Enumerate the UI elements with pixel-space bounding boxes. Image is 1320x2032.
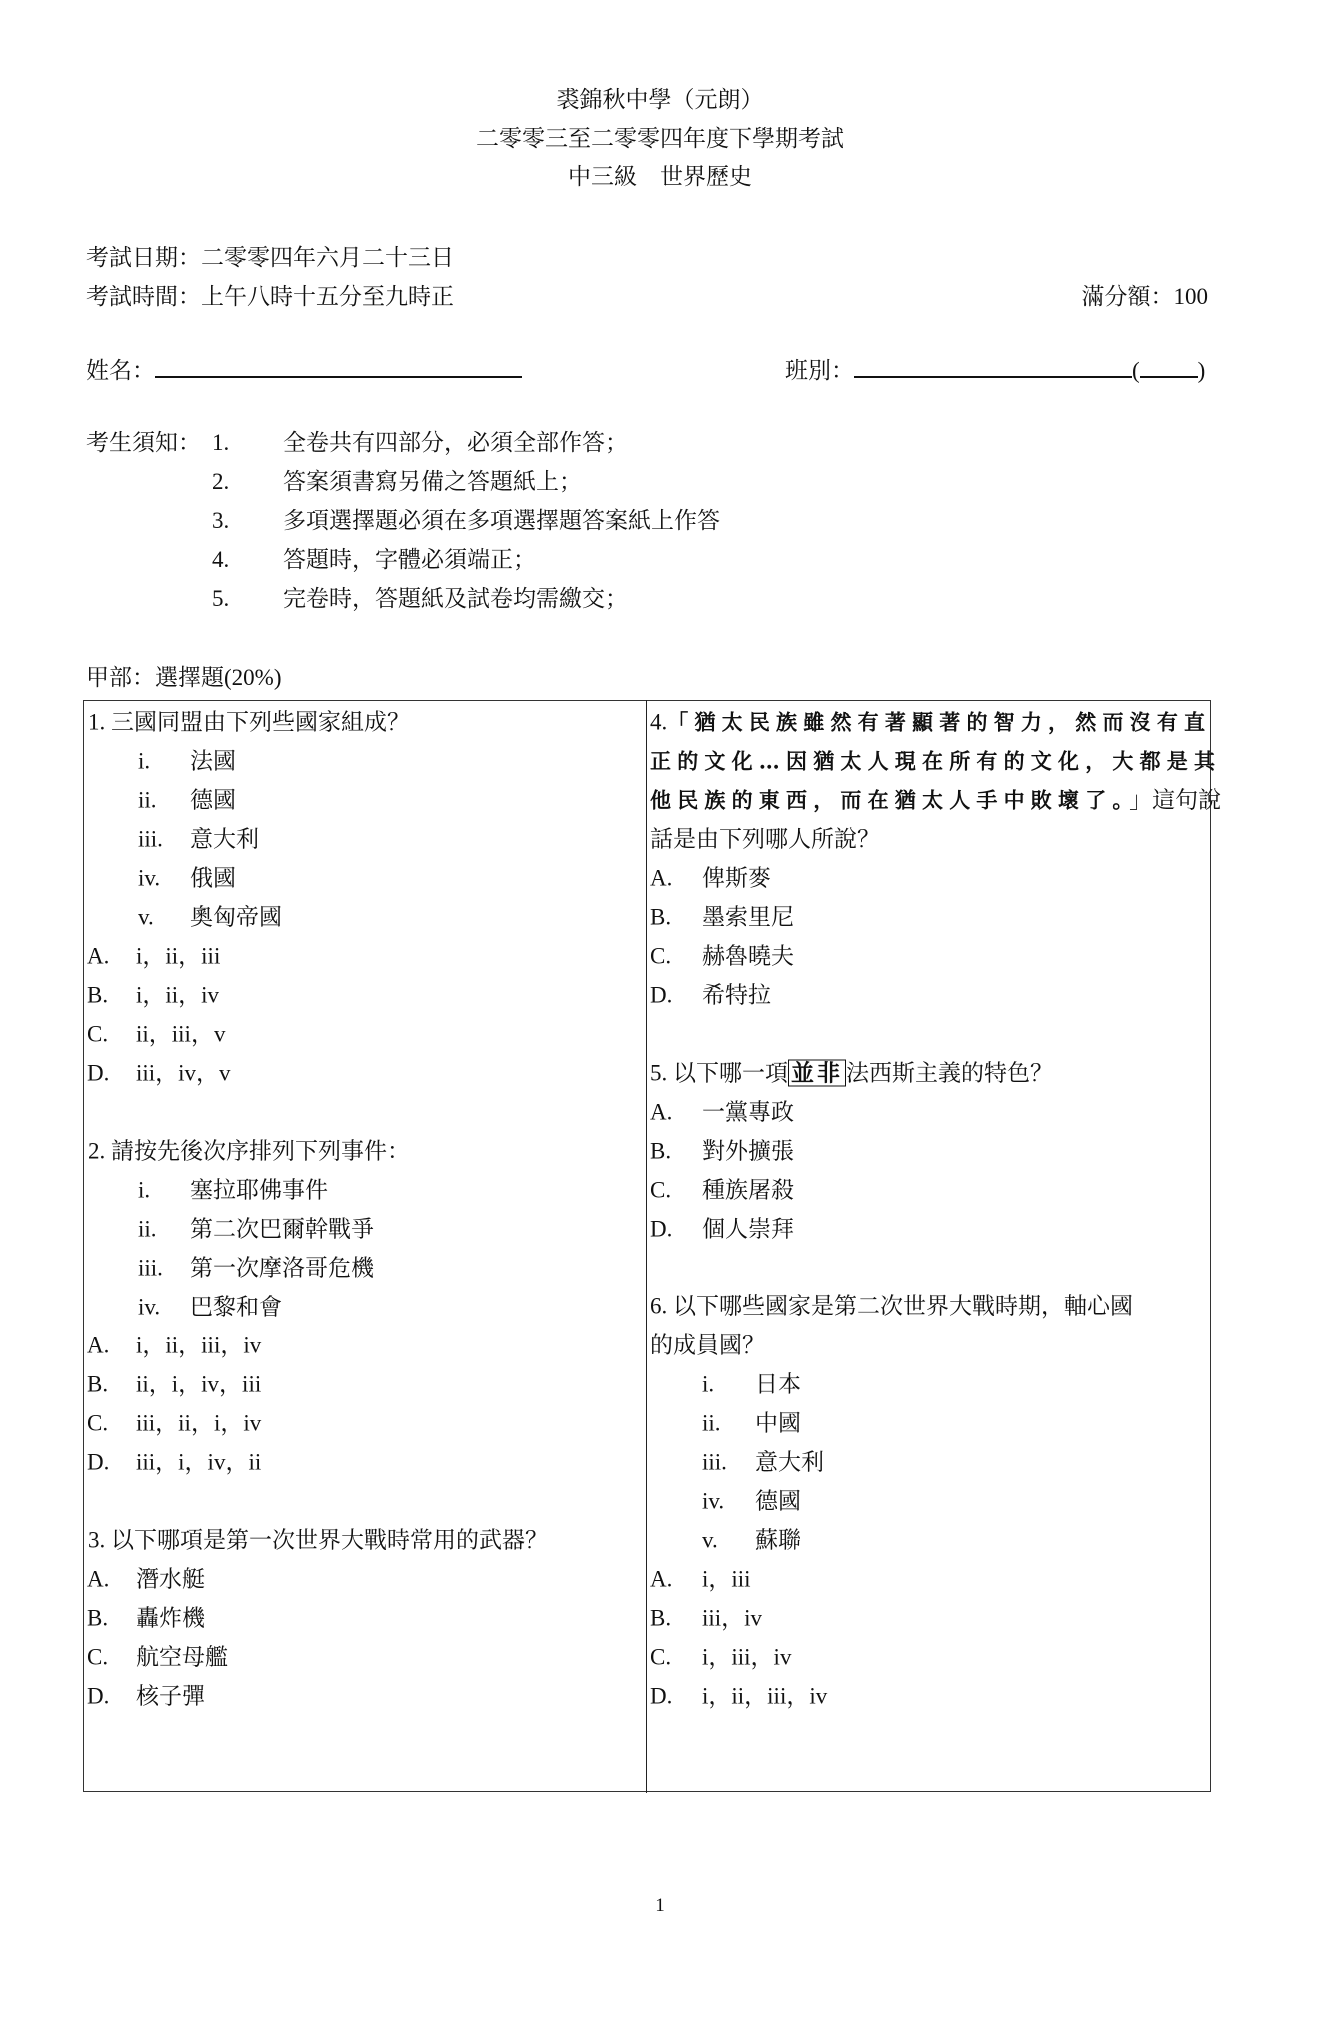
q3-option-c[interactable]: 航空母艦 xyxy=(136,1646,228,1669)
class-number-close: ) xyxy=(1198,358,1206,383)
q1-option-label: B. xyxy=(87,984,108,1007)
class-field[interactable] xyxy=(854,354,1132,378)
q6-item-text: 中國 xyxy=(755,1412,801,1435)
q4-option-label: D. xyxy=(650,984,672,1007)
exam-date-value: 二零零四年六月二十三日 xyxy=(201,245,454,270)
q1-item-text: 意大利 xyxy=(190,828,259,851)
instruction-num: 1. xyxy=(212,431,229,454)
q4-option-label: B. xyxy=(650,906,671,929)
instruction-text: 答案須書寫另備之答題紙上； xyxy=(283,470,582,493)
q6-option-label: D. xyxy=(650,1685,672,1708)
q1-option-label: C. xyxy=(87,1023,108,1046)
q6-option-label: C. xyxy=(650,1646,671,1669)
q5-stem-post: 法西斯主義的特色？ xyxy=(846,1061,1053,1086)
name-field[interactable] xyxy=(155,354,522,378)
instruction-num: 4. xyxy=(212,548,229,571)
name-field-row: 姓名： xyxy=(86,354,522,382)
q6-item-num: i. xyxy=(702,1373,714,1396)
q6-option-a[interactable]: i，iii xyxy=(702,1568,751,1591)
q1-item-num: v. xyxy=(138,906,154,929)
q4-option-label: A. xyxy=(650,867,672,890)
q3-option-d[interactable]: 核子彈 xyxy=(136,1685,205,1708)
full-marks: 滿分額：100 xyxy=(1082,285,1209,308)
q2-option-label: C. xyxy=(87,1412,108,1435)
q6-item-num: v. xyxy=(702,1529,718,1552)
q4-number: 4. xyxy=(650,710,667,735)
q2-option-label: B. xyxy=(87,1373,108,1396)
q5-option-a[interactable]: 一黨專政 xyxy=(702,1101,794,1124)
q2-item-num: ii. xyxy=(138,1218,157,1241)
q4-quote-line1: 「猶太民族雖然有著顯著的智力，然而沒有直 xyxy=(667,710,1211,735)
q6-item-num: iii. xyxy=(702,1451,727,1474)
full-marks-value: 100 xyxy=(1174,284,1209,309)
exam-time: 考試時間：上午八時十五分至九時正 xyxy=(86,285,454,308)
q2-stem: 2. 請按先後次序排列下列事件： xyxy=(88,1140,410,1163)
subject-title: 中三級 世界歷史 xyxy=(0,165,1320,188)
q2-item-text: 巴黎和會 xyxy=(190,1296,282,1319)
q1-stem: 1. 三國同盟由下列些國家組成？ xyxy=(88,711,410,734)
q1-item-num: i. xyxy=(138,750,150,773)
instruction-text: 答題時，字體必須端正； xyxy=(283,548,536,571)
q2-item-num: i. xyxy=(138,1179,150,1202)
q1-item-num: ii. xyxy=(138,789,157,812)
q2-option-d[interactable]: iii，i，iv，ii xyxy=(136,1451,261,1474)
exam-time-label: 考試時間： xyxy=(86,284,201,309)
q6-option-c[interactable]: i，iii，iv xyxy=(702,1646,791,1669)
q6-item-text: 意大利 xyxy=(755,1451,824,1474)
page-number: 1 xyxy=(0,1896,1320,1915)
q2-option-b[interactable]: ii，i，iv，iii xyxy=(136,1373,261,1396)
name-label: 姓名： xyxy=(86,358,155,383)
instructions-label: 考生須知： xyxy=(86,431,201,454)
q5-option-c[interactable]: 種族屠殺 xyxy=(702,1179,794,1202)
q1-option-label: A. xyxy=(87,945,109,968)
instruction-num: 5. xyxy=(212,587,229,610)
q1-option-d[interactable]: iii，iv，v xyxy=(136,1062,231,1085)
questions-table xyxy=(83,700,1211,1792)
q1-option-b[interactable]: i，ii，iv xyxy=(136,984,219,1007)
q5-option-label: B. xyxy=(650,1140,671,1163)
q4-line3-tail: 」這句說 xyxy=(1129,788,1221,813)
q2-item-text: 塞拉耶佛事件 xyxy=(190,1179,328,1202)
class-label: 班別： xyxy=(785,358,854,383)
q1-item-num: iv. xyxy=(138,867,160,890)
q4-option-b[interactable]: 墨索里尼 xyxy=(702,906,794,929)
exam-date-label: 考試日期： xyxy=(86,245,201,270)
class-number-open: ( xyxy=(1132,358,1140,383)
q3-option-a[interactable]: 潛水艇 xyxy=(136,1568,205,1591)
q4-option-a[interactable]: 俾斯麥 xyxy=(702,867,771,890)
q1-item-text: 俄國 xyxy=(190,867,236,890)
q6-option-label: B. xyxy=(650,1607,671,1630)
q4-quote-line2: 正的文化…因猶太人現在所有的文化，大都是其 xyxy=(650,751,1221,772)
q2-item-text: 第一次摩洛哥危機 xyxy=(190,1257,374,1280)
q1-item-text: 德國 xyxy=(190,789,236,812)
q6-item-text: 日本 xyxy=(755,1373,801,1396)
q6-item-num: ii. xyxy=(702,1412,721,1435)
q6-option-b[interactable]: iii，iv xyxy=(702,1607,762,1630)
q5-option-b[interactable]: 對外擴張 xyxy=(702,1140,794,1163)
q1-option-label: D. xyxy=(87,1062,109,1085)
q6-item-text: 蘇聯 xyxy=(755,1529,801,1552)
q1-item-text: 法國 xyxy=(190,750,236,773)
q2-option-a[interactable]: i，ii，iii，iv xyxy=(136,1334,261,1357)
q2-option-c[interactable]: iii，ii，i，iv xyxy=(136,1412,261,1435)
q6-stem-line1: 6. 以下哪些國家是第二次世界大戰時期，軸心國 xyxy=(650,1295,1133,1318)
q5-option-d[interactable]: 個人崇拜 xyxy=(702,1218,794,1241)
q2-option-label: D. xyxy=(87,1451,109,1474)
instruction-text: 完卷時，答題紙及試卷均需繳交； xyxy=(283,587,628,610)
q6-option-d[interactable]: i，ii，iii，iv xyxy=(702,1685,827,1708)
q5-emphasis: 並非 xyxy=(788,1060,846,1087)
q5-stem-pre: 5. 以下哪一項 xyxy=(650,1061,788,1086)
q3-option-label: B. xyxy=(87,1607,108,1630)
q5-option-label: A. xyxy=(650,1101,672,1124)
exam-time-value: 上午八時十五分至九時正 xyxy=(201,284,454,309)
q2-option-label: A. xyxy=(87,1334,109,1357)
exam-date: 考試日期：二零零四年六月二十三日 xyxy=(86,246,454,269)
q3-option-b[interactable]: 轟炸機 xyxy=(136,1607,205,1630)
q6-item-text: 德國 xyxy=(755,1490,801,1513)
class-number-field[interactable] xyxy=(1140,354,1198,378)
instruction-text: 多項選擇題必須在多項選擇題答案紙上作答 xyxy=(283,509,720,532)
q6-item-num: iv. xyxy=(702,1490,724,1513)
column-divider xyxy=(646,700,647,1793)
q4-stem-line1: 4.「猶太民族雖然有著顯著的智力，然而沒有直 xyxy=(650,711,1211,734)
q5-option-label: D. xyxy=(650,1218,672,1241)
school-name: 裘錦秋中學（元朗） xyxy=(0,88,1320,111)
exam-title: 二零零三至二零零四年度下學期考試 xyxy=(0,127,1320,150)
instruction-text: 全卷共有四部分，必須全部作答； xyxy=(283,431,628,454)
q1-option-c[interactable]: ii，iii，v xyxy=(136,1023,225,1046)
full-marks-label: 滿分額： xyxy=(1082,284,1174,309)
q3-option-label: C. xyxy=(87,1646,108,1669)
q4-option-d[interactable]: 希特拉 xyxy=(702,984,771,1007)
q3-option-label: D. xyxy=(87,1685,109,1708)
q5-stem: 5. 以下哪一項並非法西斯主義的特色？ xyxy=(650,1062,1053,1085)
q3-option-label: A. xyxy=(87,1568,109,1591)
instruction-num: 2. xyxy=(212,470,229,493)
q1-option-a[interactable]: i，ii，iii xyxy=(136,945,220,968)
q2-item-num: iv. xyxy=(138,1296,160,1319)
class-field-row: 班別：() xyxy=(785,354,1205,382)
q5-option-label: C. xyxy=(650,1179,671,1202)
q4-quote-line3: 他民族的東西，而在猶太人手中敗壞了。 xyxy=(650,788,1129,813)
section-title: 甲部：選擇題(20%) xyxy=(86,666,281,689)
q3-stem: 3. 以下哪項是第一次世界大戰時常用的武器？ xyxy=(88,1529,548,1552)
q1-item-num: iii. xyxy=(138,828,163,851)
q4-option-c[interactable]: 赫魯曉夫 xyxy=(702,945,794,968)
q4-stem-line3: 他民族的東西，而在猶太人手中敗壞了。」這句說 xyxy=(650,789,1221,812)
q1-item-text: 奧匈帝國 xyxy=(190,906,282,929)
q4-option-label: C. xyxy=(650,945,671,968)
q2-item-text: 第二次巴爾幹戰爭 xyxy=(190,1218,374,1241)
q6-option-label: A. xyxy=(650,1568,672,1591)
q4-stem-line4: 話是由下列哪人所說？ xyxy=(650,828,880,851)
q2-item-num: iii. xyxy=(138,1257,163,1280)
q6-stem-line2: 的成員國？ xyxy=(650,1334,765,1357)
instruction-num: 3. xyxy=(212,509,229,532)
